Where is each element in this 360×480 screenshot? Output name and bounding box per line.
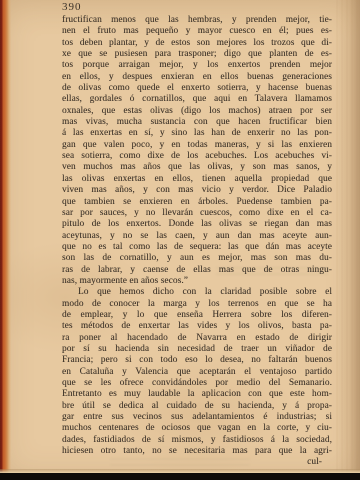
- text-line: que no es tal como las de sequera: las q…: [62, 242, 332, 253]
- text-line: ven muchos mas años que las olivas, y so…: [62, 162, 332, 173]
- text-block: fructifican menos que las hembras, y pre…: [62, 15, 332, 469]
- text-line: á las enxertas en sí, y sino las han de …: [62, 128, 332, 139]
- text-line: Francia; pero si con todo eso lo desea, …: [62, 355, 332, 366]
- text-line: Lo que hemos dicho con la claridad posib…: [62, 287, 332, 298]
- text-line: por sí su hacienda sin necesidad de trae…: [62, 344, 332, 355]
- text-line: de olivas como quede el enxerto sotierra…: [62, 83, 332, 94]
- text-line: pitulo de los enxertos. Donde las olivas…: [62, 219, 332, 230]
- text-line: nen el fruto mas pequeño y mayor cuesco …: [62, 26, 332, 37]
- book-page-scan: 390 fructifican menos que las hembras, y…: [0, 0, 360, 480]
- text-line: que se les ofrece convidándoles por medi…: [62, 378, 332, 389]
- scan-bottom-black-band: [0, 473, 360, 480]
- text-line: mas vivas, mucha sustancia con que hacen…: [62, 117, 332, 128]
- text-line: fructifican menos que las hembras, y pre…: [62, 15, 332, 26]
- text-line: dades, fastidiados de sí mismos, y fasti…: [62, 435, 332, 446]
- text-line: ellas, gordales ó cornatillos, que aqui …: [62, 94, 332, 105]
- text-line: son las de cornatillo, y aun es mejor, m…: [62, 253, 332, 264]
- text-line: sar por sauces, y no llevarán cuescos, c…: [62, 208, 332, 219]
- text-line: ras de labrar, y caense de ellas mas que…: [62, 265, 332, 276]
- text-line: oxnales, que estas olivas (digo los mach…: [62, 106, 332, 117]
- body-text: fructifican menos que las hembras, y pre…: [62, 15, 332, 457]
- text-line: de emplear, y lo que enseña Herrera sobr…: [62, 310, 332, 321]
- text-line: tos deben plantar, y de estos son mejore…: [62, 38, 332, 49]
- text-line: aceytunas, y no se las caen, y aun dan m…: [62, 231, 332, 242]
- text-line: viven mas años, y con mas vicio y verdor…: [62, 185, 332, 196]
- text-line: gar entre sus vecinos sus adelantamiento…: [62, 412, 332, 423]
- page-gutter-edge: [0, 0, 11, 473]
- text-line: sea sotierra, como dixe de los acebuches…: [62, 151, 332, 162]
- page-right-edge-shadow: [336, 0, 360, 473]
- text-line: ra poner al hacendado de Navarra en esta…: [62, 333, 332, 344]
- text-line: las olivas enxertas en ellos, tienen aqu…: [62, 174, 332, 185]
- text-line: gan que valen poco, y en todas maneras, …: [62, 140, 332, 151]
- text-line: muchos centenares de ociosos que vagan e…: [62, 423, 332, 434]
- catchword: cul-: [62, 457, 332, 468]
- text-line: Entretanto es muy laudable la aplicacion…: [62, 389, 332, 400]
- text-line: tos porque arraigan mejor, y los enxerto…: [62, 60, 332, 71]
- text-line: en Cataluña y Valencia que aceptarán el …: [62, 367, 332, 378]
- text-line: que tambien se enxieren en árboles. Pued…: [62, 197, 332, 208]
- text-line: xe que se pusiesen para trasponer; digo …: [62, 49, 332, 60]
- text-line: tes métodos de enxertar las vides y los …: [62, 321, 332, 332]
- page-number: 390: [62, 1, 82, 13]
- text-line: en ellos, y despues enxieran en ellos bu…: [62, 72, 332, 83]
- text-line: modo de conocer la marga y los terrenos …: [62, 299, 332, 310]
- text-line: hiciesen otro tanto, no se necesitaria m…: [62, 446, 332, 457]
- text-line: nas, mayormente en años secos.”: [62, 276, 332, 287]
- text-line: bre útil se dedica al cuidado de su haci…: [62, 401, 332, 412]
